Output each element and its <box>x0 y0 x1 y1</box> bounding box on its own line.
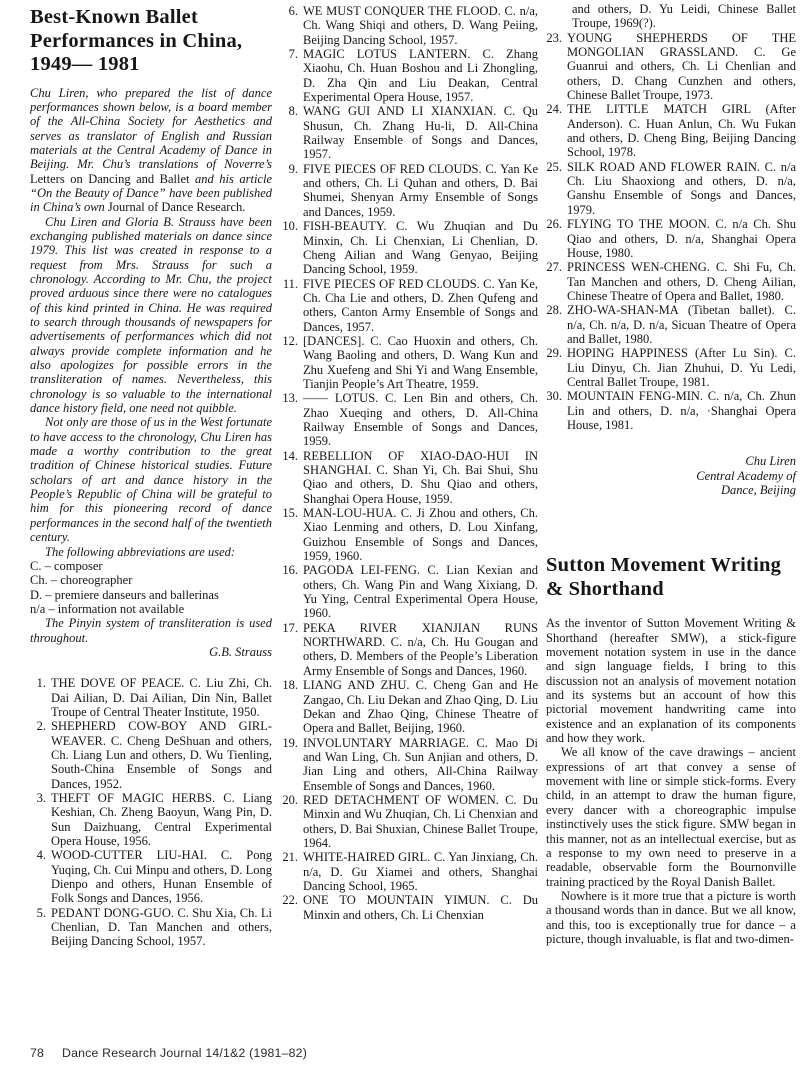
list-entry: 2. SHEPHERD COW-BOY AND GIRL-WEAVER. C. … <box>30 719 272 791</box>
entry-number: 7. <box>282 47 303 104</box>
list-entry: 27. PRINCESS WEN-CHENG. C. Shi Fu, Ch. T… <box>546 260 796 303</box>
sutton-paragraph-2: We all know of the cave drawings – ancie… <box>546 745 796 888</box>
entry-number: 27. <box>546 260 567 303</box>
entry-text: FISH-BEAUTY. C. Wu Zhuqian and Du Minxin… <box>303 219 538 276</box>
entry-text: PEKA RIVER XIANJIAN RUNS NORTHWARD. C. n… <box>303 621 538 678</box>
journal-page: Best-Known Ballet Performances in China,… <box>0 0 800 1084</box>
list-entry: 12. [DANCES]. C. Cao Huoxin and others, … <box>282 334 538 391</box>
entry-number: 8. <box>282 104 303 161</box>
entry-text: REBELLION OF XIAO-DAO-HUI IN SHANGHAI. C… <box>303 449 538 506</box>
entry-text: SILK ROAD AND FLOWER RAIN. C. n/a Ch. Li… <box>567 160 796 217</box>
list-entry: 30. MOUNTAIN FENG-MIN. C. n/a, Ch. Zhun … <box>546 389 796 432</box>
list-entry: 23. YOUNG SHEPHERDS OF THE MONGOLIAN GRA… <box>546 31 796 103</box>
entry-number: 4. <box>30 848 51 905</box>
entry-number: 22. <box>282 893 303 922</box>
entry-number: 23. <box>546 31 567 103</box>
entry-number: 5. <box>30 906 51 949</box>
entry-number: 3. <box>30 791 51 848</box>
performance-list-col1: 1. THE DOVE OF PEACE. C. Liu Zhi, Ch. Da… <box>30 676 272 949</box>
entry-text: [DANCES]. C. Cao Huoxin and others, Ch. … <box>303 334 538 391</box>
performance-list-col3: 23. YOUNG SHEPHERDS OF THE MONGOLIAN GRA… <box>546 31 796 433</box>
page-footer: 78 Dance Research Journal 14/1&2 (1981–8… <box>30 1046 307 1060</box>
entry-number: 26. <box>546 217 567 260</box>
entry-number: 16. <box>282 563 303 620</box>
entry-text: ZHO-WA-SHAN-MA (Tibetan ballet). C. n/a,… <box>567 303 796 346</box>
entry-text: WE MUST CONQUER THE FLOOD. C. n/a, Ch. W… <box>303 4 538 47</box>
list-entry: 28. ZHO-WA-SHAN-MA (Tibetan ballet). C. … <box>546 303 796 346</box>
entry-number: 14. <box>282 449 303 506</box>
list-entry: 14. REBELLION OF XIAO-DAO-HUI IN SHANGHA… <box>282 449 538 506</box>
entry-text: ONE TO MOUNTAIN YIMUN. C. Du Minxin and … <box>303 893 538 922</box>
left-column: Best-Known Ballet Performances in China,… <box>30 6 272 949</box>
sutton-title-line1: Sutton Movement Writing <box>546 554 781 576</box>
entry-number: 25. <box>546 160 567 217</box>
list-entry: 8. WANG GUI AND LI XIANXIAN. C. Qu Shusu… <box>282 104 538 161</box>
entry-number: 6. <box>282 4 303 47</box>
performance-list-col2: 6. WE MUST CONQUER THE FLOOD. C. n/a, Ch… <box>282 4 538 922</box>
list-entry: 3. THEFT OF MAGIC HERBS. C. Liang Keshia… <box>30 791 272 848</box>
list-entry: 9. FIVE PIECES OF RED CLOUDS. C. Yan Ke … <box>282 162 538 219</box>
middle-column: 6. WE MUST CONQUER THE FLOOD. C. n/a, Ch… <box>282 4 538 922</box>
author-attribution: Chu Liren Central Academy of Dance, Beij… <box>546 454 796 497</box>
list-entry: 22. ONE TO MOUNTAIN YIMUN. C. Du Minxin … <box>282 893 538 922</box>
entry-text: WOOD-CUTTER LIU-HAI. C. Pong Yuqing, Ch.… <box>51 848 272 905</box>
journal-citation: Dance Research Journal 14/1&2 (1981–82) <box>62 1046 307 1060</box>
entry-number: 28. <box>546 303 567 346</box>
list-entry: 18. LIANG AND ZHU. C. Cheng Gan and He Z… <box>282 678 538 735</box>
entry-text: MAN-LOU-HUA. C. Ji Zhou and others, Ch. … <box>303 506 538 563</box>
list-entry: 15. MAN-LOU-HUA. C. Ji Zhou and others, … <box>282 506 538 563</box>
entry-text: PAGODA LEI-FENG. C. Lian Kexian and othe… <box>303 563 538 620</box>
article-title-line1: Best-Known Ballet <box>30 6 198 28</box>
entry-text: FIVE PIECES OF RED CLOUDS. C. Yan Ke and… <box>303 162 538 219</box>
attribution-line: Dance, Beijing <box>546 483 796 497</box>
intro-paragraph-3: Not only are those of us in the West for… <box>30 415 272 544</box>
abbreviation-item: n/a – information not available <box>30 602 272 616</box>
abbreviations-intro: The following abbreviations are used: <box>30 545 272 559</box>
entry-text: PRINCESS WEN-CHENG. C. Shi Fu, Ch. Tan M… <box>567 260 796 303</box>
entry-text: THEFT OF MAGIC HERBS. C. Liang Keshian, … <box>51 791 272 848</box>
attribution-line: Chu Liren <box>546 454 796 468</box>
list-entry: 7. MAGIC LOTUS LANTERN. C. Zhang Xiaohu,… <box>282 47 538 104</box>
entry-number: 15. <box>282 506 303 563</box>
entry-text: THE DOVE OF PEACE. C. Liu Zhi, Ch. Dai A… <box>51 676 272 719</box>
list-entry: 6. WE MUST CONQUER THE FLOOD. C. n/a, Ch… <box>282 4 538 47</box>
list-entry: 21. WHITE-HAIRED GIRL. C. Yan Jinxiang, … <box>282 850 538 893</box>
article-title-line2: Performances in China, <box>30 30 242 52</box>
entry-text: FIVE PIECES OF RED CLOUDS. C. Yan Ke, Ch… <box>303 277 538 334</box>
sutton-paragraph-1: As the inventor of Sutton Movement Writi… <box>546 616 796 745</box>
entry-number: 20. <box>282 793 303 850</box>
list-entry: 20. RED DETACHMENT OF WOMEN. C. Du Minxi… <box>282 793 538 850</box>
sutton-section-title: Sutton Movement Writing & Shorthand <box>546 553 796 601</box>
abbreviations-list: C. – composer Ch. – choreographer D. – p… <box>30 559 272 616</box>
abbreviation-item: Ch. – choreographer <box>30 573 272 587</box>
list-entry: 19. INVOLUNTARY MARRIAGE. C. Mao Di and … <box>282 736 538 793</box>
entry-number: 18. <box>282 678 303 735</box>
entry-text: HOPING HAPPINESS (After Lu Sin). C. Liu … <box>567 346 796 389</box>
intro-paragraph-2: Chu Liren and Gloria B. Strauss have bee… <box>30 215 272 416</box>
entry-number: 2. <box>30 719 51 791</box>
list-entry: 25. SILK ROAD AND FLOWER RAIN. C. n/a Ch… <box>546 160 796 217</box>
intro-p1-italic-a: Chu Liren, who prepared the list of danc… <box>30 86 272 172</box>
entry-text: MAGIC LOTUS LANTERN. C. Zhang Xiaohu, Ch… <box>303 47 538 104</box>
entry-text: RED DETACHMENT OF WOMEN. C. Du Minxin an… <box>303 793 538 850</box>
list-entry: 5. PEDANT DONG-GUO. C. Shu Xia, Ch. Li C… <box>30 906 272 949</box>
entry-text: FLYING TO THE MOON. C. n/a Ch. Shu Qiao … <box>567 217 796 260</box>
list-entry: 1. THE DOVE OF PEACE. C. Liu Zhi, Ch. Da… <box>30 676 272 719</box>
pinyin-note: The Pinyin system of transliteration is … <box>30 616 272 645</box>
entry-number: 24. <box>546 102 567 159</box>
entry-number: 30. <box>546 389 567 432</box>
intro-paragraph-1: Chu Liren, who prepared the list of danc… <box>30 86 272 215</box>
entry-number: 19. <box>282 736 303 793</box>
article-title-line3: 1949— 1981 <box>30 53 140 75</box>
entry-number: 17. <box>282 621 303 678</box>
list-entry: 16. PAGODA LEI-FENG. C. Lian Kexian and … <box>282 563 538 620</box>
abbreviation-item: C. – composer <box>30 559 272 573</box>
entry-text: YOUNG SHEPHERDS OF THE MONGOLIAN GRASSLA… <box>567 31 796 103</box>
entry-text: WANG GUI AND LI XIANXIAN. C. Qu Shusun, … <box>303 104 538 161</box>
entry-number: 21. <box>282 850 303 893</box>
intro-p1-book-title: Letters on Dancing and Ballet <box>30 172 190 186</box>
entry-number: 13. <box>282 391 303 448</box>
entry-text: THE LITTLE MATCH GIRL (After Anderson). … <box>567 102 796 159</box>
entry-number: 1. <box>30 676 51 719</box>
list-entry: 13. —— LOTUS. C. Len Bin and others, Ch.… <box>282 391 538 448</box>
list-entry: 10. FISH-BEAUTY. C. Wu Zhuqian and Du Mi… <box>282 219 538 276</box>
list-entry: 26. FLYING TO THE MOON. C. n/a Ch. Shu Q… <box>546 217 796 260</box>
list-entry: 4. WOOD-CUTTER LIU-HAI. C. Pong Yuqing, … <box>30 848 272 905</box>
list-entry: 17. PEKA RIVER XIANJIAN RUNS NORTHWARD. … <box>282 621 538 678</box>
abbreviation-item: D. – premiere danseurs and ballerinas <box>30 588 272 602</box>
entry-number: 12. <box>282 334 303 391</box>
list-entry: 29. HOPING HAPPINESS (After Lu Sin). C. … <box>546 346 796 389</box>
entry-22-continuation: and others, D. Yu Leidi, Chinese Ballet … <box>546 2 796 31</box>
sutton-paragraph-3: Nowhere is it more true that a picture i… <box>546 889 796 946</box>
attribution-line: Central Academy of <box>546 469 796 483</box>
entry-text: PEDANT DONG-GUO. C. Shu Xia, Ch. Li Chen… <box>51 906 272 949</box>
entry-text: INVOLUNTARY MARRIAGE. C. Mao Di and Wan … <box>303 736 538 793</box>
entry-number: 9. <box>282 162 303 219</box>
entry-number: 11. <box>282 277 303 334</box>
list-entry: 24. THE LITTLE MATCH GIRL (After Anderso… <box>546 102 796 159</box>
entry-text: MOUNTAIN FENG-MIN. C. n/a, Ch. Zhun Lin … <box>567 389 796 432</box>
page-number: 78 <box>30 1046 62 1060</box>
sutton-title-line2: & Shorthand <box>546 578 664 600</box>
right-column: and others, D. Yu Leidi, Chinese Ballet … <box>546 2 796 946</box>
entry-number: 29. <box>546 346 567 389</box>
entry-text: SHEPHERD COW-BOY AND GIRL-WEAVER. C. Che… <box>51 719 272 791</box>
entry-number: 10. <box>282 219 303 276</box>
article-title: Best-Known Ballet Performances in China,… <box>30 6 272 77</box>
entry-text: LIANG AND ZHU. C. Cheng Gan and He Zanga… <box>303 678 538 735</box>
intro-p1-journal-title: Journal of Dance Research. <box>108 200 245 214</box>
entry-text: WHITE-HAIRED GIRL. C. Yan Jinxiang, Ch. … <box>303 850 538 893</box>
entry-text: —— LOTUS. C. Len Bin and others, Ch. Zha… <box>303 391 538 448</box>
list-entry: 11. FIVE PIECES OF RED CLOUDS. C. Yan Ke… <box>282 277 538 334</box>
editor-signature: G.B. Strauss <box>30 645 272 659</box>
